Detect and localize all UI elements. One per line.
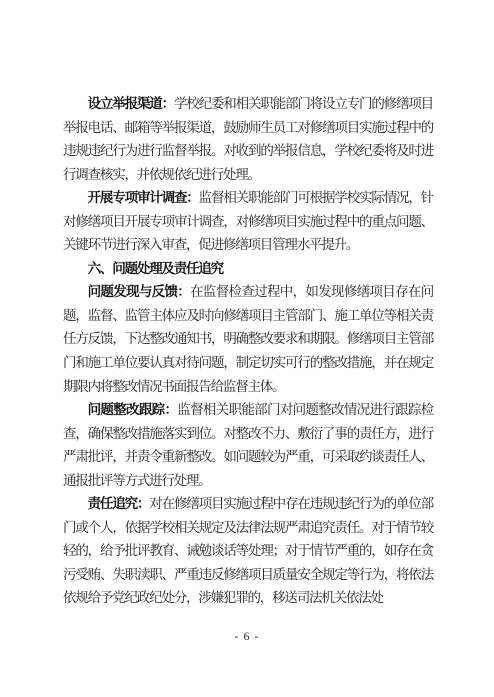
- paragraph-lead: 问题整改跟踪：: [88, 402, 178, 417]
- document-body: 设立举报渠道：学校纪委和相关职能部门将设立专门的修缮项目举报电话、邮箱等举报渠道…: [63, 92, 433, 610]
- paragraph: 开展专项审计调查：监督相关职能部门可根据学校实际情况，针对修缮项目开展专项审计调…: [63, 186, 433, 257]
- paragraph-lead: 责任追究：: [88, 496, 150, 511]
- paragraph-text: 对在修缮项目实施过程中存在违规违纪行为的单位部门或个人，依据学校相关规定及法律法…: [63, 496, 433, 605]
- document-page: 设立举报渠道：学校纪委和相关职能部门将设立专门的修缮项目举报电话、邮箱等举报渠道…: [0, 0, 494, 697]
- section-heading-text: 六、问题处理及责任追究: [88, 261, 223, 276]
- paragraph-lead: 设立举报渠道：: [88, 96, 174, 111]
- paragraph-lead: 开展专项审计调查：: [88, 190, 199, 205]
- paragraph: 责任追究：对在修缮项目实施过程中存在违规违纪行为的单位部门或个人，依据学校相关规…: [63, 492, 433, 610]
- paragraph: 设立举报渠道：学校纪委和相关职能部门将设立专门的修缮项目举报电话、邮箱等举报渠道…: [63, 92, 433, 186]
- paragraph-lead: 问题发现与反馈：: [88, 284, 191, 299]
- section-heading: 六、问题处理及责任追究: [63, 257, 433, 281]
- paragraph-text: 在监督检查过程中，如发现修缮项目存在问题，监督、监管主体应及时向修缮项目主管部门…: [63, 284, 433, 393]
- paragraph: 问题整改跟踪：监督相关职能部门对问题整改情况进行跟踪检查，确保整改措施落实到位。…: [63, 398, 433, 492]
- page-number: - 6 -: [0, 629, 494, 644]
- paragraph: 问题发现与反馈：在监督检查过程中，如发现修缮项目存在问题，监督、监管主体应及时向…: [63, 280, 433, 398]
